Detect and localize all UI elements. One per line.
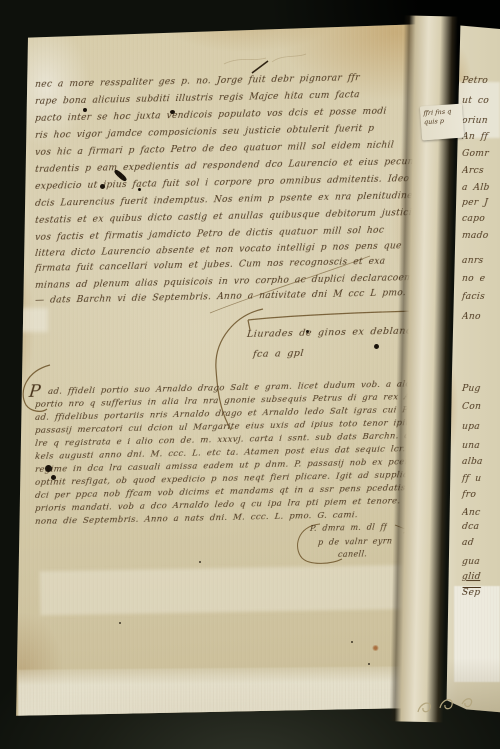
repair-patch-right-bottom (454, 586, 500, 682)
text-fragment: facis (461, 291, 500, 303)
rust-spot (372, 645, 379, 651)
right-page-bottom-shadow (440, 658, 500, 722)
top-ink-stroke (252, 61, 268, 73)
text-fragment: ad (461, 537, 500, 549)
text-fragment: Ano (461, 311, 500, 323)
ink-blot (138, 188, 141, 191)
repair-tape-left-margin (14, 308, 48, 332)
text-fragment: per J (461, 197, 500, 209)
text-fragment: Gomr (461, 148, 500, 160)
signature-line: canell. (338, 549, 368, 559)
repair-strip-bottom (18, 666, 434, 722)
faint-top-curls (224, 54, 306, 64)
text-fragment: ff u (461, 473, 500, 485)
ink-blot (83, 108, 87, 112)
ink-blot (51, 475, 56, 480)
text-fragment: Pug (461, 383, 500, 395)
text-fragment: capo (461, 213, 500, 225)
ink-blot (45, 465, 52, 472)
left-page: nec a more resspaliter ges p. no. Jorge … (14, 18, 438, 720)
text-fragment: gua (461, 556, 500, 568)
text-fragment: Con (461, 401, 500, 413)
text-fragment: An ff (461, 131, 500, 143)
pinhole (368, 663, 370, 665)
text-fragment: alba (461, 456, 500, 468)
ink-blot (100, 184, 105, 189)
pinhole (119, 622, 121, 624)
rubric-line: fca a gpl (252, 348, 304, 360)
ink-blot (170, 110, 175, 114)
signature-line: P. dmra m. dl ff (310, 522, 388, 533)
text-fragment: oriun (461, 115, 500, 127)
ink-blot (374, 344, 379, 349)
text-fragment: Anc (461, 507, 500, 519)
repair-strip-lower (40, 565, 427, 616)
pinhole (199, 561, 201, 563)
text-fragment: mado (461, 230, 500, 242)
text-fragment: upa (461, 421, 500, 433)
pinhole (351, 641, 353, 643)
text-fragment: ut co (461, 95, 500, 107)
text-fragment: Arcs (461, 165, 500, 177)
paper-tab: ffri fns q quis p (420, 104, 464, 141)
text-fragment: anrs (461, 255, 500, 267)
text-fragment: una (461, 440, 500, 452)
text-fragment: dca (461, 521, 500, 533)
text-fragment: glid (461, 571, 500, 583)
text-fragment: Sep (461, 587, 500, 599)
tab-text-line: quis p (424, 116, 463, 128)
ink-blot (306, 330, 309, 333)
text-fragment: a Alb (461, 182, 500, 194)
signature-line: p de valnr eyrn (318, 536, 393, 547)
text-fragment: no e (461, 273, 500, 285)
text-fragment: fro (461, 489, 500, 501)
text-fragment: Petro (461, 75, 500, 87)
manuscript-photo: nec a more resspaliter ges p. no. Jorge … (0, 0, 500, 749)
